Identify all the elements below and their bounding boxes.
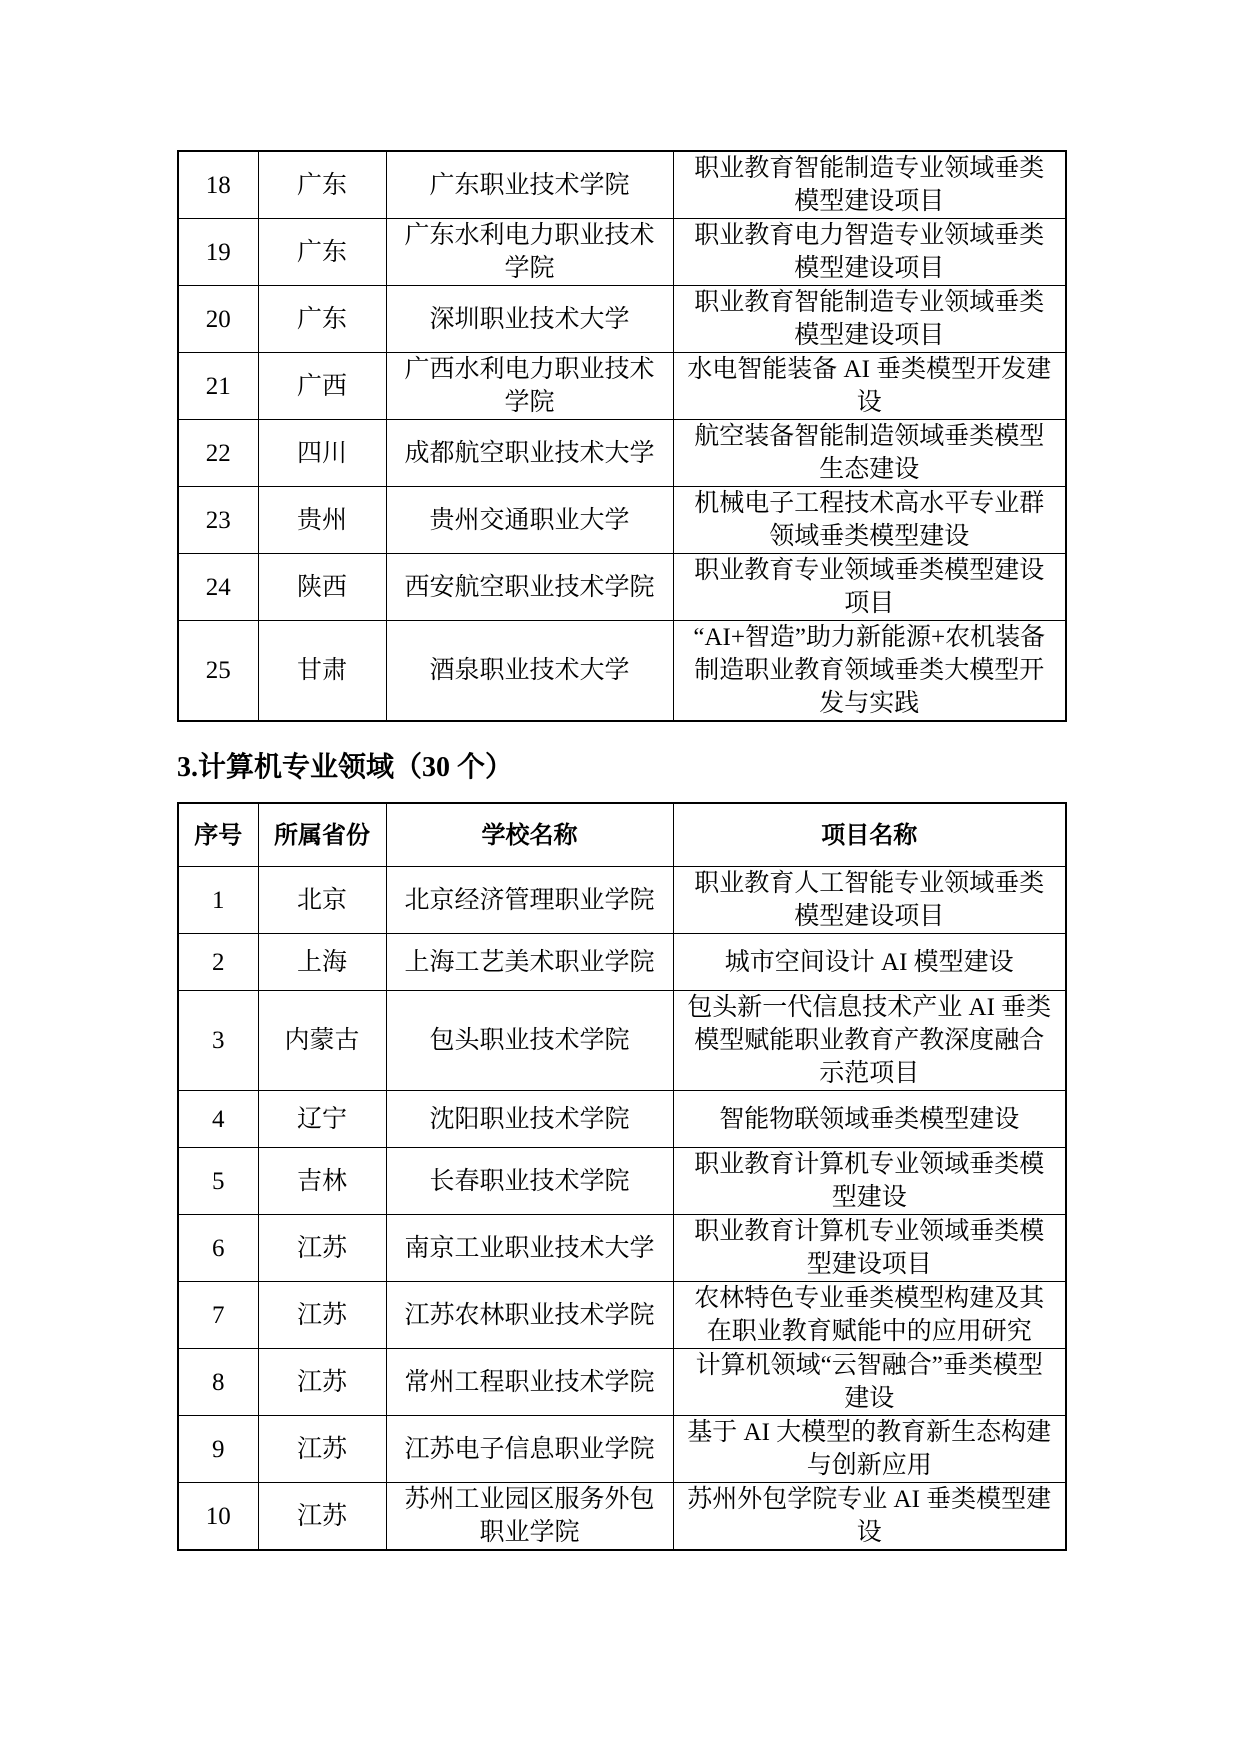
cell-province: 四川 <box>258 420 386 487</box>
cell-project-name: 职业教育智能制造专业领域垂类模型建设项目 <box>673 286 1066 353</box>
cell-province: 吉林 <box>258 1148 386 1215</box>
cell-school-name: 包头职业技术学院 <box>386 991 673 1091</box>
cell-project-name: 航空装备智能制造领域垂类模型生态建设 <box>673 420 1066 487</box>
table-row: 23 贵州 贵州交通职业大学 机械电子工程技术高水平专业群领域垂类模型建设 <box>178 487 1066 554</box>
table-manufacturing-continued: 18 广东 广东职业技术学院 职业教育智能制造专业领域垂类模型建设项目 19 广… <box>177 150 1067 722</box>
cell-project-name: 农林特色专业垂类模型构建及其在职业教育赋能中的应用研究 <box>673 1282 1066 1349</box>
table-computer-domain: 序号 所属省份 学校名称 项目名称 1 北京 北京经济管理职业学院 职业教育人工… <box>177 802 1067 1551</box>
header-serial-number: 序号 <box>178 803 258 867</box>
cell-school-name: 西安航空职业技术学院 <box>386 554 673 621</box>
table-row: 3 内蒙古 包头职业技术学院 包头新一代信息技术产业 AI 垂类模型赋能职业教育… <box>178 991 1066 1091</box>
cell-project-name: 职业教育计算机专业领域垂类模型建设项目 <box>673 1215 1066 1282</box>
cell-serial-number: 25 <box>178 621 258 722</box>
cell-province: 广西 <box>258 353 386 420</box>
table-row: 21 广西 广西水利电力职业技术学院 水电智能装备 AI 垂类模型开发建设 <box>178 353 1066 420</box>
cell-province: 甘肃 <box>258 621 386 722</box>
cell-project-name: 基于 AI 大模型的教育新生态构建与创新应用 <box>673 1416 1066 1483</box>
cell-serial-number: 8 <box>178 1349 258 1416</box>
table-row: 8 江苏 常州工程职业技术学院 计算机领域“云智融合”垂类模型建设 <box>178 1349 1066 1416</box>
cell-province: 广东 <box>258 151 386 219</box>
cell-province: 江苏 <box>258 1483 386 1551</box>
cell-serial-number: 19 <box>178 219 258 286</box>
section-heading-computer-domain: 3.计算机专业领域（30 个） <box>177 748 1065 788</box>
cell-school-name: 广东水利电力职业技术学院 <box>386 219 673 286</box>
header-project-name: 项目名称 <box>673 803 1066 867</box>
header-province: 所属省份 <box>258 803 386 867</box>
cell-province: 辽宁 <box>258 1091 386 1148</box>
table-row: 25 甘肃 酒泉职业技术大学 “AI+智造”助力新能源+农机装备制造职业教育领域… <box>178 621 1066 722</box>
cell-project-name: 职业教育电力智造专业领域垂类模型建设项目 <box>673 219 1066 286</box>
table-header: 序号 所属省份 学校名称 项目名称 <box>178 803 1066 867</box>
cell-province: 北京 <box>258 867 386 934</box>
table-row: 24 陕西 西安航空职业技术学院 职业教育专业领域垂类模型建设项目 <box>178 554 1066 621</box>
cell-project-name: “AI+智造”助力新能源+农机装备制造职业教育领域垂类大模型开发与实践 <box>673 621 1066 722</box>
cell-serial-number: 9 <box>178 1416 258 1483</box>
cell-serial-number: 4 <box>178 1091 258 1148</box>
table-row: 20 广东 深圳职业技术大学 职业教育智能制造专业领域垂类模型建设项目 <box>178 286 1066 353</box>
cell-project-name: 苏州外包学院专业 AI 垂类模型建设 <box>673 1483 1066 1551</box>
cell-province: 上海 <box>258 934 386 991</box>
cell-project-name: 城市空间设计 AI 模型建设 <box>673 934 1066 991</box>
page-content: 18 广东 广东职业技术学院 职业教育智能制造专业领域垂类模型建设项目 19 广… <box>177 150 1065 1551</box>
cell-serial-number: 1 <box>178 867 258 934</box>
header-school-name: 学校名称 <box>386 803 673 867</box>
table-row: 18 广东 广东职业技术学院 职业教育智能制造专业领域垂类模型建设项目 <box>178 151 1066 219</box>
table-row: 10 江苏 苏州工业园区服务外包职业学院 苏州外包学院专业 AI 垂类模型建设 <box>178 1483 1066 1551</box>
cell-project-name: 智能物联领域垂类模型建设 <box>673 1091 1066 1148</box>
table-row: 1 北京 北京经济管理职业学院 职业教育人工智能专业领域垂类模型建设项目 <box>178 867 1066 934</box>
table-body: 1 北京 北京经济管理职业学院 职业教育人工智能专业领域垂类模型建设项目 2 上… <box>178 867 1066 1551</box>
cell-project-name: 包头新一代信息技术产业 AI 垂类模型赋能职业教育产教深度融合示范项目 <box>673 991 1066 1091</box>
cell-project-name: 机械电子工程技术高水平专业群领域垂类模型建设 <box>673 487 1066 554</box>
cell-project-name: 职业教育人工智能专业领域垂类模型建设项目 <box>673 867 1066 934</box>
document-page: 18 广东 广东职业技术学院 职业教育智能制造专业领域垂类模型建设项目 19 广… <box>0 0 1241 1754</box>
cell-province: 江苏 <box>258 1215 386 1282</box>
cell-school-name: 苏州工业园区服务外包职业学院 <box>386 1483 673 1551</box>
table-row: 19 广东 广东水利电力职业技术学院 职业教育电力智造专业领域垂类模型建设项目 <box>178 219 1066 286</box>
cell-serial-number: 24 <box>178 554 258 621</box>
cell-project-name: 职业教育计算机专业领域垂类模型建设 <box>673 1148 1066 1215</box>
table-row: 7 江苏 江苏农林职业技术学院 农林特色专业垂类模型构建及其在职业教育赋能中的应… <box>178 1282 1066 1349</box>
cell-project-name: 计算机领域“云智融合”垂类模型建设 <box>673 1349 1066 1416</box>
cell-serial-number: 23 <box>178 487 258 554</box>
cell-province: 广东 <box>258 286 386 353</box>
table-row: 9 江苏 江苏电子信息职业学院 基于 AI 大模型的教育新生态构建与创新应用 <box>178 1416 1066 1483</box>
cell-province: 江苏 <box>258 1349 386 1416</box>
cell-school-name: 北京经济管理职业学院 <box>386 867 673 934</box>
cell-school-name: 沈阳职业技术学院 <box>386 1091 673 1148</box>
cell-school-name: 江苏农林职业技术学院 <box>386 1282 673 1349</box>
cell-school-name: 常州工程职业技术学院 <box>386 1349 673 1416</box>
cell-serial-number: 22 <box>178 420 258 487</box>
cell-school-name: 南京工业职业技术大学 <box>386 1215 673 1282</box>
cell-serial-number: 6 <box>178 1215 258 1282</box>
table-row: 4 辽宁 沈阳职业技术学院 智能物联领域垂类模型建设 <box>178 1091 1066 1148</box>
cell-serial-number: 18 <box>178 151 258 219</box>
cell-school-name: 上海工艺美术职业学院 <box>386 934 673 991</box>
cell-school-name: 长春职业技术学院 <box>386 1148 673 1215</box>
cell-serial-number: 10 <box>178 1483 258 1551</box>
table-row: 2 上海 上海工艺美术职业学院 城市空间设计 AI 模型建设 <box>178 934 1066 991</box>
cell-school-name: 深圳职业技术大学 <box>386 286 673 353</box>
table-row: 22 四川 成都航空职业技术大学 航空装备智能制造领域垂类模型生态建设 <box>178 420 1066 487</box>
cell-school-name: 广东职业技术学院 <box>386 151 673 219</box>
table-row: 5 吉林 长春职业技术学院 职业教育计算机专业领域垂类模型建设 <box>178 1148 1066 1215</box>
cell-province: 陕西 <box>258 554 386 621</box>
cell-province: 江苏 <box>258 1416 386 1483</box>
cell-school-name: 江苏电子信息职业学院 <box>386 1416 673 1483</box>
cell-province: 内蒙古 <box>258 991 386 1091</box>
cell-school-name: 成都航空职业技术大学 <box>386 420 673 487</box>
table-body: 18 广东 广东职业技术学院 职业教育智能制造专业领域垂类模型建设项目 19 广… <box>178 151 1066 721</box>
cell-school-name: 贵州交通职业大学 <box>386 487 673 554</box>
cell-serial-number: 2 <box>178 934 258 991</box>
table-row: 6 江苏 南京工业职业技术大学 职业教育计算机专业领域垂类模型建设项目 <box>178 1215 1066 1282</box>
cell-serial-number: 20 <box>178 286 258 353</box>
cell-serial-number: 7 <box>178 1282 258 1349</box>
cell-school-name: 广西水利电力职业技术学院 <box>386 353 673 420</box>
cell-serial-number: 21 <box>178 353 258 420</box>
cell-project-name: 水电智能装备 AI 垂类模型开发建设 <box>673 353 1066 420</box>
cell-project-name: 职业教育智能制造专业领域垂类模型建设项目 <box>673 151 1066 219</box>
cell-province: 江苏 <box>258 1282 386 1349</box>
cell-province: 广东 <box>258 219 386 286</box>
table-header-row: 序号 所属省份 学校名称 项目名称 <box>178 803 1066 867</box>
cell-province: 贵州 <box>258 487 386 554</box>
cell-serial-number: 3 <box>178 991 258 1091</box>
cell-serial-number: 5 <box>178 1148 258 1215</box>
cell-school-name: 酒泉职业技术大学 <box>386 621 673 722</box>
cell-project-name: 职业教育专业领域垂类模型建设项目 <box>673 554 1066 621</box>
